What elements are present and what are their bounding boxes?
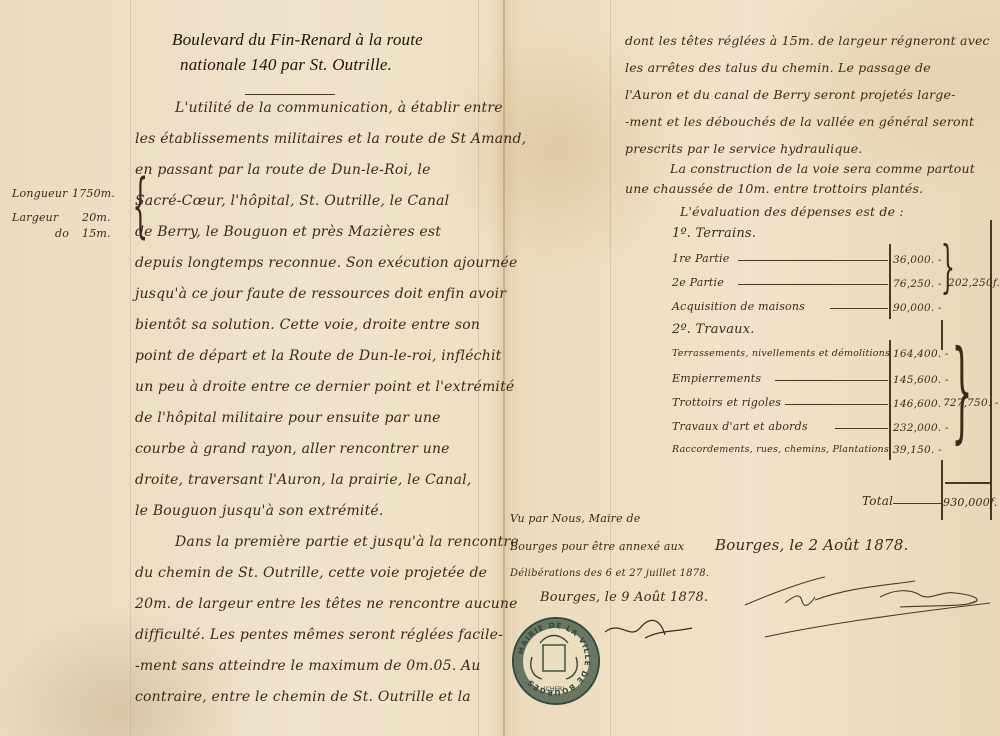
author-date: Bourges, le 2 Août 1878. <box>715 536 908 554</box>
title-underline <box>245 94 335 95</box>
estimate-item-label: Empierrements <box>672 372 761 385</box>
subtotal-column-rule <box>941 320 943 350</box>
section-1-subtotal: 202,250f. - <box>948 277 1000 289</box>
body-line: 20m. de largeur entre les têtes ne renco… <box>135 596 518 612</box>
estimate-item-amount: 145,600. - <box>893 374 949 386</box>
page-fold-seam <box>503 0 505 736</box>
estimate-item-amount: 39,150. - <box>893 444 942 456</box>
body-line: point de départ et la Route de Dun-le-ro… <box>135 348 501 364</box>
leader-line <box>738 284 888 285</box>
mayor-approval-line: Bourges pour être annexé aux <box>510 540 684 553</box>
estimate-item-label: 2e Partie <box>672 276 724 289</box>
body-line: Dans la première partie et jusqu'à la re… <box>175 534 519 550</box>
document-title-line-1: Boulevard du Fin-Renard à la route <box>172 30 423 50</box>
body-line: dont les têtes réglées à 15m. de largeur… <box>625 33 990 48</box>
margin-note-width-value: 20m. <box>82 211 111 224</box>
margin-note-length-value: 1750m. <box>72 187 115 200</box>
engineer-signature <box>740 565 1000 640</box>
total-label: Total <box>862 494 893 508</box>
body-line: contraire, entre le chemin de St. Outril… <box>135 689 471 705</box>
leader-line <box>893 503 941 504</box>
margin-note-ditto-value: 15m. <box>82 227 111 240</box>
leader-line <box>775 380 888 381</box>
estimate-item-label: Acquisition de maisons <box>672 300 805 313</box>
body-line: -ment et les débouchés de la vallée en g… <box>625 114 974 129</box>
body-line: le Bouguon jusqu'à son extrémité. <box>135 503 384 519</box>
estimate-item-amount: 232,000. - <box>893 422 949 434</box>
estimate-intro: L'évaluation des dépenses est de : <box>680 204 904 219</box>
total-rule <box>945 482 990 484</box>
margin-note-length-label: Longueur <box>12 187 68 200</box>
margin-note-width-label: Largeur <box>12 211 58 224</box>
leader-line <box>835 428 888 429</box>
document-title-line-2: nationale 140 par St. Outrille. <box>180 55 392 75</box>
section-1-heading: 1º. Terrains. <box>672 226 756 241</box>
left-margin-line <box>130 0 131 736</box>
body-line: depuis longtemps reconnue. Son exécution… <box>135 255 518 271</box>
body-line: difficulté. Les pentes mêmes seront régl… <box>135 627 503 643</box>
subtotal-brace: } <box>952 335 973 445</box>
body-line: l'Auron et du canal de Berry seront proj… <box>625 87 956 102</box>
body-line: L'utilité de la communication, à établir… <box>175 100 503 116</box>
estimate-item-label: Raccordements, rues, chemins, Plantation… <box>672 444 889 455</box>
body-line: bientôt sa solution. Cette voie, droite … <box>135 317 480 333</box>
body-line: jusqu'à ce jour faute de ressources doit… <box>135 286 506 302</box>
body-line: du chemin de St. Outrille, cette voie pr… <box>135 565 487 581</box>
body-line: La construction de la voie sera comme pa… <box>670 161 975 176</box>
mayor-approval-line: Délibérations des 6 et 27 juillet 1878. <box>510 568 709 579</box>
mairie-stamp: MAIRIE DE LA VILLE DE BOURGES (CHER) <box>512 617 600 705</box>
body-line: -ment sans atteindre le maximum de 0m.05… <box>135 658 481 674</box>
body-line: droite, traversant l'Auron, la prairie, … <box>135 472 472 488</box>
body-line: les établissements militaires et la rout… <box>135 131 526 147</box>
estimate-item-amount: 36,000. - <box>893 254 942 266</box>
estimate-item-amount: 76,250. - <box>893 278 942 290</box>
mayor-approval-date: Bourges, le 9 Août 1878. <box>540 590 708 605</box>
body-line: une chaussée de 10m. entre trottoirs pla… <box>625 181 923 196</box>
leader-line <box>785 404 888 405</box>
outer-column-rule <box>990 220 992 520</box>
body-line: de Berry, le Bouguon et près Mazières es… <box>135 224 441 240</box>
estimate-item-label: 1re Partie <box>672 252 729 265</box>
estimate-item-label: Terrassements, nivellements et démolitio… <box>672 348 890 359</box>
body-line: Sacré-Cœur, l'hôpital, St. Outrille, le … <box>135 193 449 209</box>
body-line: un peu à droite entre ce dernier point e… <box>135 379 514 395</box>
body-line: les arrêtes des talus du chemin. Le pass… <box>625 60 931 75</box>
body-line: prescrits par le service hydraulique. <box>625 141 863 156</box>
body-line: courbe à grand rayon, aller rencontrer u… <box>135 441 450 457</box>
total-amount: 930,000f. - <box>943 496 1000 509</box>
leader-line <box>738 260 888 261</box>
amount-column-rule <box>889 340 891 460</box>
mayor-signature <box>600 610 700 660</box>
estimate-item-amount: 146,600. - <box>893 398 949 410</box>
margin-note-ditto-label: do <box>55 227 69 240</box>
body-line: en passant par la route de Dun-le-Roi, l… <box>135 162 431 178</box>
body-line: de l'hôpital militaire pour ensuite par … <box>135 410 441 426</box>
amount-column-rule <box>889 244 891 319</box>
subtotal-column-rule <box>941 460 943 520</box>
svg-text:(CHER): (CHER) <box>543 686 564 693</box>
estimate-item-amount: 90,000. - <box>893 302 942 314</box>
estimate-item-label: Travaux d'art et abords <box>672 420 808 433</box>
section-2-heading: 2º. Travaux. <box>672 322 755 337</box>
mayor-approval-line: Vu par Nous, Maire de <box>510 512 641 525</box>
estimate-item-label: Trottoirs et rigoles <box>672 396 781 409</box>
leader-line <box>830 308 888 309</box>
